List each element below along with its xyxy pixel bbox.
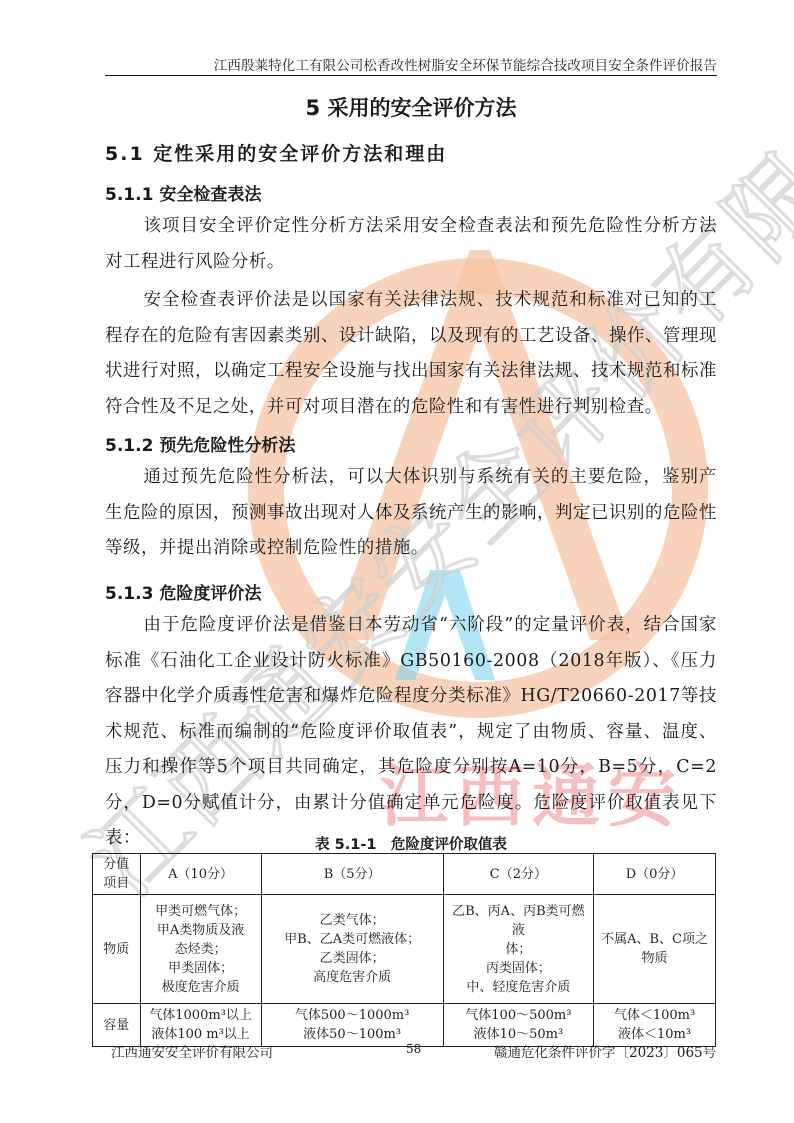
document-page: 江西殷莱特化工有限公司松香改性树脂安全环保节能综合技改项目安全条件评价报告 5 … <box>0 0 794 1123</box>
column-header-c: C（2分） <box>443 854 593 895</box>
cell-line: 态烃类； <box>144 940 258 959</box>
table-cell: 气体500～1000m³ 液体50～100m³ <box>261 1004 443 1047</box>
section-heading-5-1: 5.1 定性采用的安全评价方法和理由 <box>105 139 447 166</box>
cell-line: 气体100～500m³ <box>447 1006 590 1025</box>
footer-doc-number: 赣通危化条件评价字〔2023〕065号 <box>494 1041 716 1061</box>
cell-line: 丙类固体； <box>447 959 590 978</box>
table-header-row: 分值 项目 A（10分） B（5分） C（2分） D（0分） <box>93 854 716 895</box>
paragraph-5-1-3: 由于危险度评价法是借鉴日本劳动省“六阶段”的定量评价表，结合国家标准《石油化工企… <box>105 608 717 857</box>
table-row-substance: 物质 甲类可燃气体； 甲A类物质及液 态烃类； 甲类固体； 极度危害介质 乙类气… <box>93 895 716 1004</box>
table-cell: 乙类气体； 甲B、乙A类可燃液体； 乙类固体； 高度危害介质 <box>261 895 443 1004</box>
cell-line: 乙类气体； <box>265 911 440 930</box>
table-corner-cell: 分值 项目 <box>93 854 141 895</box>
cell-line: 乙B、丙A、丙B类可燃液 <box>447 902 590 940</box>
cell-line: 中、轻度危害介质 <box>447 978 590 997</box>
paragraph-5-1-2: 通过预先危险性分析法，可以大体识别与系统有关的主要危险，鉴别产生危险的原因，预测… <box>105 460 717 567</box>
cell-line: 气体1000m³以上 <box>144 1006 258 1025</box>
hazard-scoring-table: 分值 项目 A（10分） B（5分） C（2分） D（0分） 物质 甲类可燃气体… <box>92 853 716 1047</box>
cell-line: 体； <box>447 940 590 959</box>
column-header-d: D（0分） <box>594 854 716 895</box>
corner-label-item: 项目 <box>96 874 137 893</box>
header-rule <box>105 75 717 76</box>
paragraph-5-1-1-checklist: 安全检查表评价法是以国家有关法律法规、技术规范和标准对已知的工程存在的危险有害因… <box>105 283 717 425</box>
cell-line: 高度危害介质 <box>265 968 440 987</box>
paragraph-text: 由于危险度评价法是借鉴日本劳动省“六阶段”的定量评价表，结合国家标准《石油化工企… <box>105 615 717 848</box>
subsection-heading-5-1-1: 5.1.1 安全检查表法 <box>105 180 261 205</box>
column-header-b: B（5分） <box>261 854 443 895</box>
paragraph-text: 该项目安全评价定性分析方法采用安全检查表法和预先危险性分析方法对工程进行风险分析… <box>105 216 717 272</box>
cell-line: 乙类固体； <box>265 949 440 968</box>
column-header-a: A（10分） <box>140 854 261 895</box>
chapter-title: 5 采用的安全评价方法 <box>105 92 717 122</box>
table-caption: 表 5.1-1 危险度评价取值表 <box>105 833 717 854</box>
cell-line: 甲B、乙A类可燃液体； <box>265 930 440 949</box>
row-label: 物质 <box>93 895 141 1004</box>
table-cell: 乙B、丙A、丙B类可燃液 体； 丙类固体； 中、轻度危害介质 <box>443 895 593 1004</box>
cell-line: 极度危害介质 <box>144 978 258 997</box>
cell-line: 气体500～1000m³ <box>265 1006 440 1025</box>
paragraph-text: 通过预先危险性分析法，可以大体识别与系统有关的主要危险，鉴别产生危险的原因，预测… <box>105 467 717 558</box>
running-header: 江西殷莱特化工有限公司松香改性树脂安全环保节能综合技改项目安全条件评价报告 <box>105 54 717 74</box>
paragraph-5-1-1-intro: 该项目安全评价定性分析方法采用安全检查表法和预先危险性分析方法对工程进行风险分析… <box>105 209 717 280</box>
table-cell: 甲类可燃气体； 甲A类物质及液 态烃类； 甲类固体； 极度危害介质 <box>140 895 261 1004</box>
footer-company: 江西通安安全评价有限公司 <box>111 1041 273 1061</box>
cell-line: 甲类固体； <box>144 959 258 978</box>
cell-line: 甲类可燃气体； <box>144 902 258 921</box>
page-number: 58 <box>406 1042 421 1056</box>
cell-line: 不属A、B、C项之 <box>597 930 712 949</box>
cell-line: 甲A类物质及液 <box>144 921 258 940</box>
subsection-heading-5-1-3: 5.1.3 危险度评价法 <box>105 579 261 604</box>
cell-line: 物质 <box>597 949 712 968</box>
table-cell: 不属A、B、C项之 物质 <box>594 895 716 1004</box>
subsection-heading-5-1-2: 5.1.2 预先危险性分析法 <box>105 431 295 456</box>
paragraph-text: 安全检查表评价法是以国家有关法律法规、技术规范和标准对已知的工程存在的危险有害因… <box>105 290 717 417</box>
corner-label-score: 分值 <box>96 855 137 874</box>
cell-line: 气体＜100m³ <box>597 1006 712 1025</box>
